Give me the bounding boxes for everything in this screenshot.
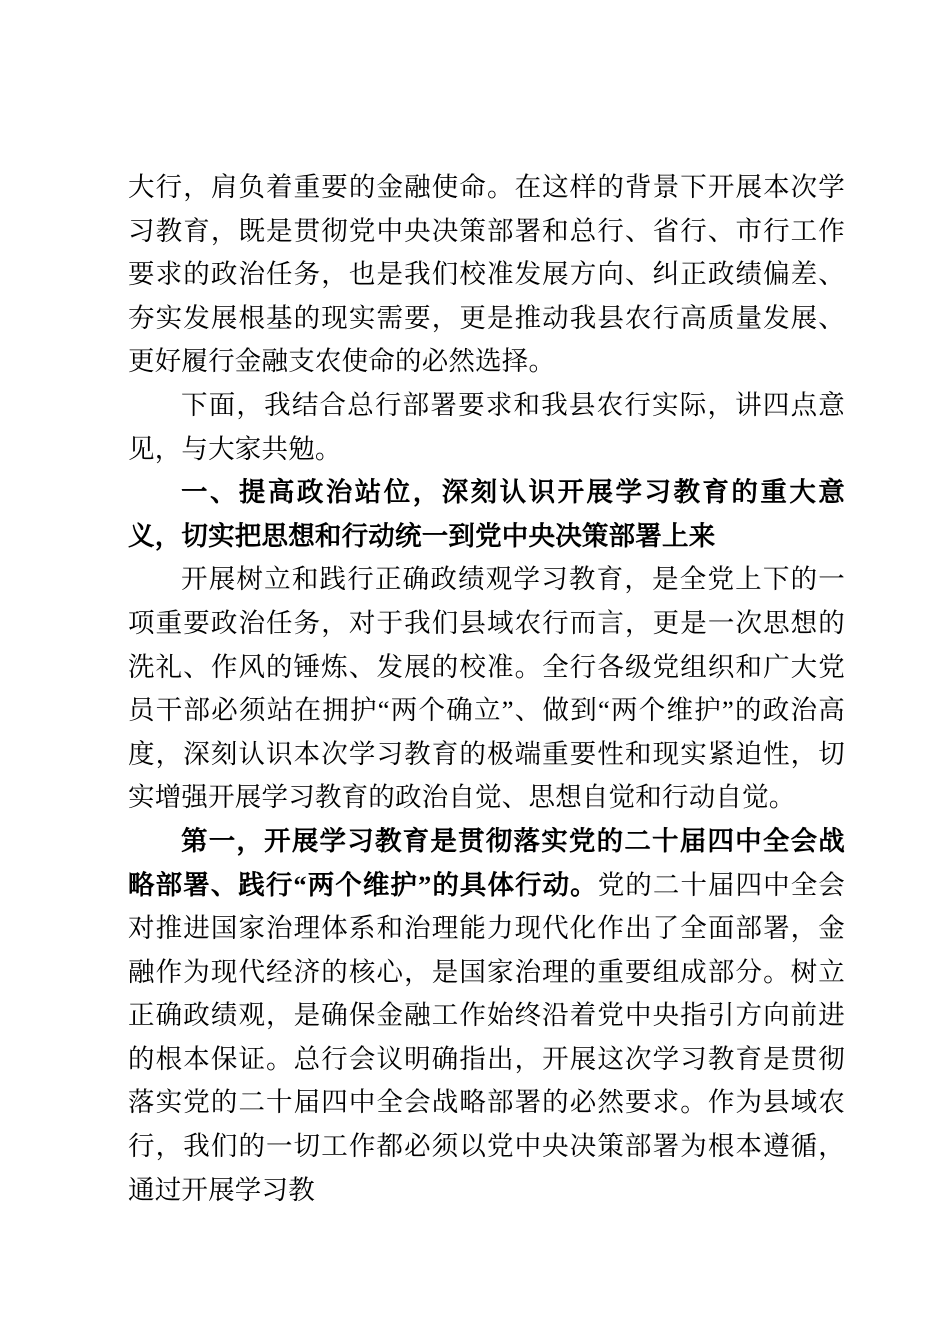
paragraph-text: 党的二十届四中全会对推进国家治理体系和治理能力现代化作出了全面部署，金融作为现代…	[128, 870, 845, 1205]
section-heading: 一、提高政治站位，深刻认识开展学习教育的重大意义，切实把思想和行动统一到党中央决…	[128, 471, 845, 558]
paragraph: 第一，开展学习教育是贯彻落实党的二十届四中全会战略部署、践行“两个维护”的具体行…	[128, 820, 845, 1212]
paragraph: 下面，我结合总行部署要求和我县农行实际，讲四点意见，与大家共勉。	[128, 384, 845, 471]
paragraph: 开展树立和践行正确政绩观学习教育，是全党上下的一项重要政治任务，对于我们县域农行…	[128, 558, 845, 820]
document-page: 大行，肩负着重要的金融使命。在这样的背景下开展本次学习教育，既是贯彻党中央决策部…	[0, 0, 950, 1344]
document-body: 大行，肩负着重要的金融使命。在这样的背景下开展本次学习教育，既是贯彻党中央决策部…	[128, 166, 845, 1212]
paragraph: 大行，肩负着重要的金融使命。在这样的背景下开展本次学习教育，既是贯彻党中央决策部…	[128, 166, 845, 384]
